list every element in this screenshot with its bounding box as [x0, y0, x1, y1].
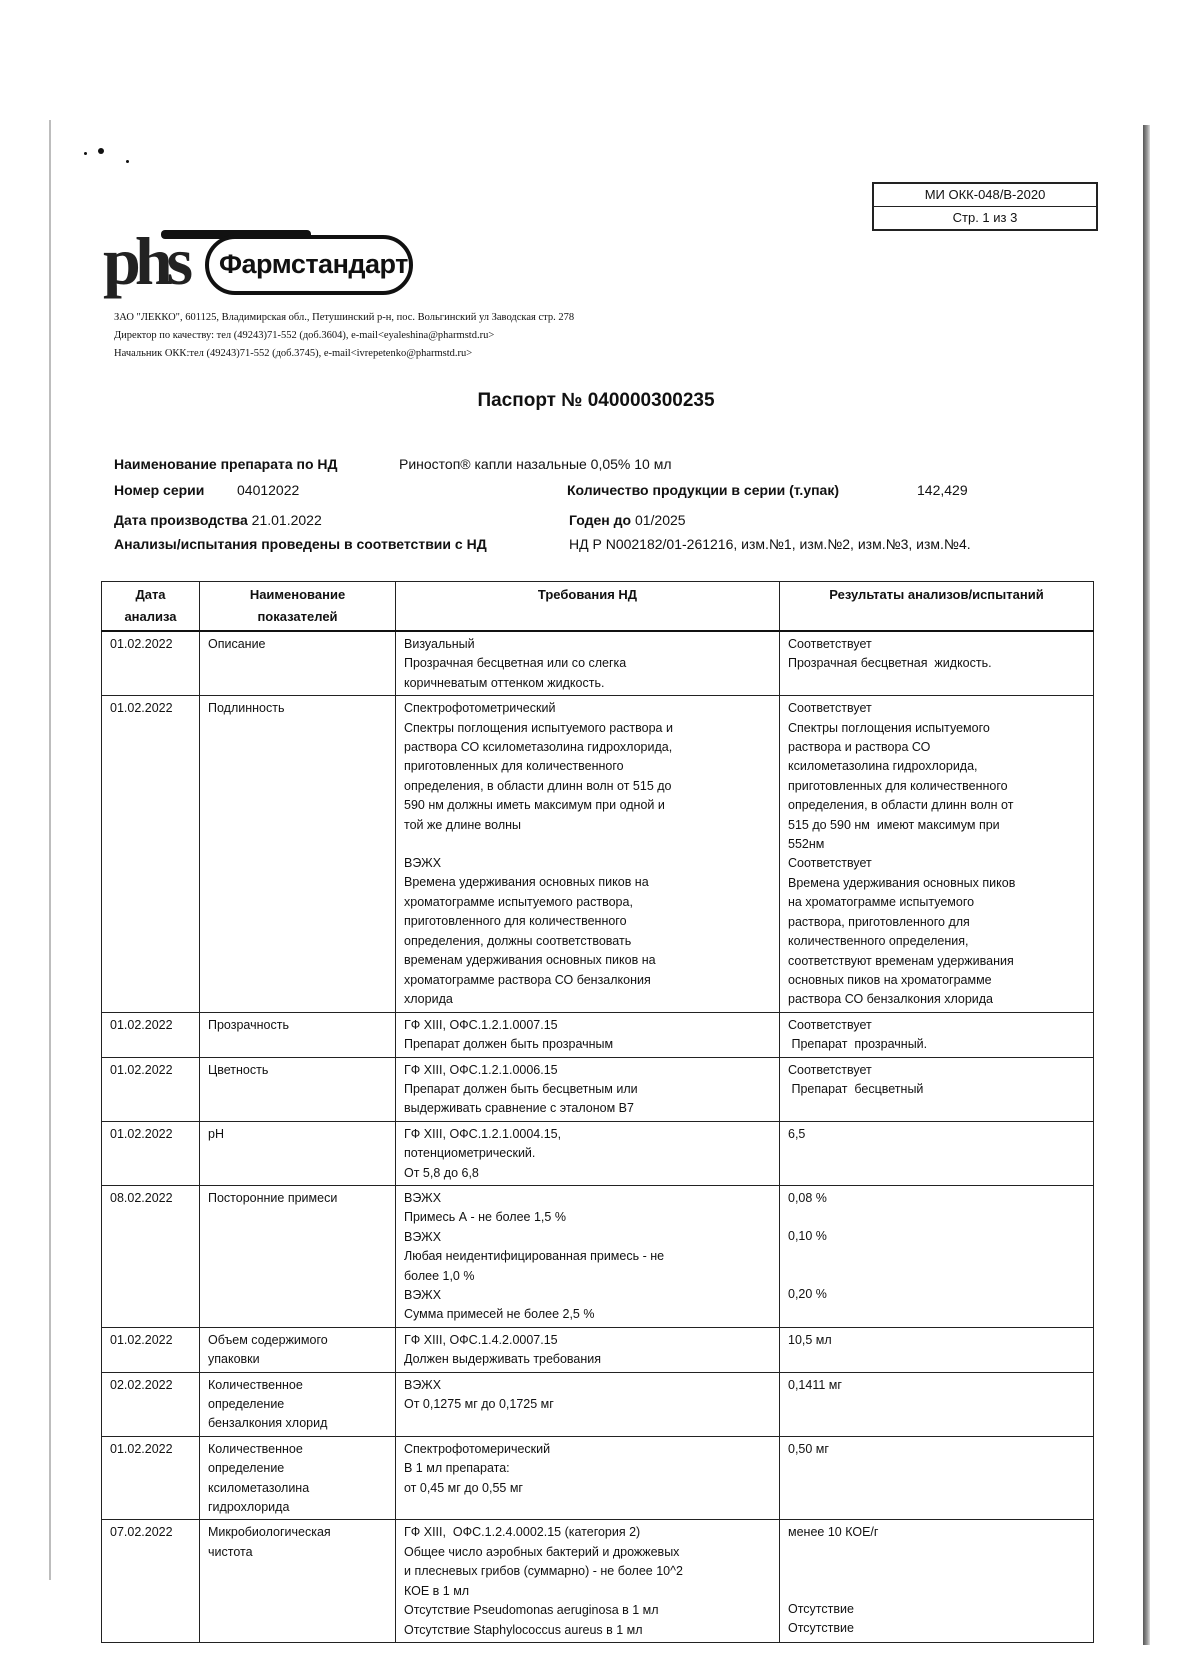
- cell-requirements: ВЭЖХПримесь А - не более 1,5 %ВЭЖХЛюбая …: [396, 1185, 780, 1327]
- table-row: 01.02.2022ПодлинностьСпектрофотометричес…: [102, 696, 1094, 1013]
- header-date: Датаанализа: [102, 582, 200, 632]
- cell-requirements: СпектрофотометрическийСпектры поглощения…: [396, 696, 780, 1013]
- cell-requirements: ГФ XIII, ОФС.1.2.1.0004.15,потенциометри…: [396, 1121, 780, 1185]
- cell-requirements: ГФ XIII, ОФС.1.2.1.0007.15Препарат долже…: [396, 1012, 780, 1057]
- cell-requirements: ВЭЖХОт 0,1275 мг до 0,1725 мг: [396, 1372, 780, 1436]
- cell-results: 0,1411 мг: [780, 1372, 1094, 1436]
- cell-indicator: Объем содержимогоупаковки: [200, 1327, 396, 1372]
- company-contacts: ЗАО "ЛЕККО", 601125, Владимирская обл., …: [114, 309, 574, 363]
- company-logo: phs Фармстандарт: [103, 230, 413, 296]
- analysis-basis-field: Анализы/испытания проведены в соответств…: [114, 536, 487, 552]
- cell-results: 0,50 мг: [780, 1436, 1094, 1520]
- results-table: Датаанализа Наименованиепоказателей Треб…: [101, 581, 1094, 1643]
- cell-requirements: ГФ XIII, ОФС.1.4.2.0007.15Должен выдержи…: [396, 1327, 780, 1372]
- cell-indicator: Количественноеопределениексилометазолина…: [200, 1436, 396, 1520]
- series-label: Номер серии: [114, 482, 204, 498]
- page-title: Паспорт № 040000300235: [0, 390, 1200, 412]
- table-row: 01.02.2022Количественноеопределениексило…: [102, 1436, 1094, 1520]
- quality-director-contact: Директор по качеству: тел (49243)71-552 …: [114, 327, 574, 345]
- cell-date: 01.02.2022: [102, 631, 200, 696]
- cell-indicator: рН: [200, 1121, 396, 1185]
- table-row: 01.02.2022Объем содержимогоупаковкиГФ XI…: [102, 1327, 1094, 1372]
- logo-name: Фармстандарт: [219, 249, 408, 280]
- series-field: Номер серии: [114, 482, 204, 498]
- document-code-box: МИ ОКК-048/В-2020 Стр. 1 из 3: [872, 182, 1098, 231]
- cell-indicator: Описание: [200, 631, 396, 696]
- cell-date: 01.02.2022: [102, 696, 200, 1013]
- table-row: 01.02.2022ОписаниеВизуальныйПрозрачная б…: [102, 631, 1094, 696]
- page-number: Стр. 1 из 3: [874, 207, 1096, 229]
- expiry-field: Годен до 01/2025: [569, 512, 686, 528]
- table-row: 01.02.2022ПрозрачностьГФ XIII, ОФС.1.2.1…: [102, 1012, 1094, 1057]
- table-row: 08.02.2022Посторонние примесиВЭЖХПримесь…: [102, 1185, 1094, 1327]
- cell-date: 01.02.2022: [102, 1436, 200, 1520]
- table-body: 01.02.2022ОписаниеВизуальныйПрозрачная б…: [102, 631, 1094, 1642]
- cell-indicator: Подлинность: [200, 696, 396, 1013]
- cell-requirements: СпектрофотомерическийВ 1 мл препарата:от…: [396, 1436, 780, 1520]
- table-header-row: Датаанализа Наименованиепоказателей Треб…: [102, 582, 1094, 632]
- cell-results: менее 10 КОЕ/гОтсутствиеОтсутствие: [780, 1520, 1094, 1642]
- header-requirements: Требования НД: [396, 582, 780, 632]
- cell-date: 01.02.2022: [102, 1121, 200, 1185]
- production-date-field: Дата производства 21.01.2022: [114, 512, 322, 528]
- cell-date: 07.02.2022: [102, 1520, 200, 1642]
- cell-requirements: ГФ XIII, ОФС.1.2.4.0002.15 (категория 2)…: [396, 1520, 780, 1642]
- cell-date: 01.02.2022: [102, 1327, 200, 1372]
- production-date-label: Дата производства: [114, 512, 248, 528]
- cell-results: СоответствуетСпектры поглощения испытуем…: [780, 696, 1094, 1013]
- scan-edge-right: [1143, 125, 1150, 1645]
- cell-requirements: ВизуальныйПрозрачная бесцветная или со с…: [396, 631, 780, 696]
- cell-date: 02.02.2022: [102, 1372, 200, 1436]
- qc-head-contact: Начальник ОКК:тел (49243)71-552 (доб.374…: [114, 345, 574, 363]
- table-row: 01.02.2022рНГФ XIII, ОФС.1.2.1.0004.15,п…: [102, 1121, 1094, 1185]
- cell-results: СоответствуетПрозрачная бесцветная жидко…: [780, 631, 1094, 696]
- cell-results: 10,5 мл: [780, 1327, 1094, 1372]
- expiry-value: 01/2025: [635, 512, 686, 528]
- quantity-value: 142,429: [917, 482, 968, 498]
- scan-speck: [84, 152, 87, 155]
- scan-speck: [98, 148, 104, 154]
- analysis-basis-label: Анализы/испытания проведены в соответств…: [114, 536, 487, 552]
- header-indicator: Наименованиепоказателей: [200, 582, 396, 632]
- drug-name-field: Наименование препарата по НД: [114, 456, 338, 472]
- cell-date: 01.02.2022: [102, 1012, 200, 1057]
- table-row: 07.02.2022МикробиологическаячистотаГФ XI…: [102, 1520, 1094, 1642]
- logo-pill: Фармстандарт: [205, 235, 413, 295]
- table-row: 01.02.2022ЦветностьГФ XIII, ОФС.1.2.1.00…: [102, 1057, 1094, 1121]
- quantity-label: Количество продукции в серии (т.упак): [567, 482, 839, 498]
- cell-results: Соответствует Препарат прозрачный.: [780, 1012, 1094, 1057]
- series-value: 04012022: [237, 482, 299, 498]
- cell-indicator: Прозрачность: [200, 1012, 396, 1057]
- cell-results: Соответствует Препарат бесцветный: [780, 1057, 1094, 1121]
- document-code: МИ ОКК-048/В-2020: [874, 184, 1096, 207]
- cell-date: 01.02.2022: [102, 1057, 200, 1121]
- table-row: 02.02.2022Количественноеопределениебенза…: [102, 1372, 1094, 1436]
- scan-speck: [126, 160, 129, 163]
- company-address: ЗАО "ЛЕККО", 601125, Владимирская обл., …: [114, 309, 574, 327]
- quantity-field: Количество продукции в серии (т.упак): [567, 482, 839, 498]
- scan-edge-left: [49, 120, 51, 1580]
- cell-indicator: Количественноеопределениебензалкония хло…: [200, 1372, 396, 1436]
- drug-name-value: Риностоп® капли назальные 0,05% 10 мл: [399, 456, 672, 472]
- cell-requirements: ГФ XIII, ОФС.1.2.1.0006.15Препарат долже…: [396, 1057, 780, 1121]
- cell-results: 0,08 %0,10 %0,20 %: [780, 1185, 1094, 1327]
- cell-results: 6,5: [780, 1121, 1094, 1185]
- cell-indicator: Цветность: [200, 1057, 396, 1121]
- cell-indicator: Микробиологическаячистота: [200, 1520, 396, 1642]
- cell-date: 08.02.2022: [102, 1185, 200, 1327]
- analysis-basis-value: НД Р N002182/01-261216, изм.№1, изм.№2, …: [569, 536, 971, 552]
- expiry-label: Годен до: [569, 512, 631, 528]
- header-results: Результаты анализов/испытаний: [780, 582, 1094, 632]
- cell-indicator: Посторонние примеси: [200, 1185, 396, 1327]
- production-date-value: 21.01.2022: [252, 512, 322, 528]
- drug-name-label: Наименование препарата по НД: [114, 456, 338, 472]
